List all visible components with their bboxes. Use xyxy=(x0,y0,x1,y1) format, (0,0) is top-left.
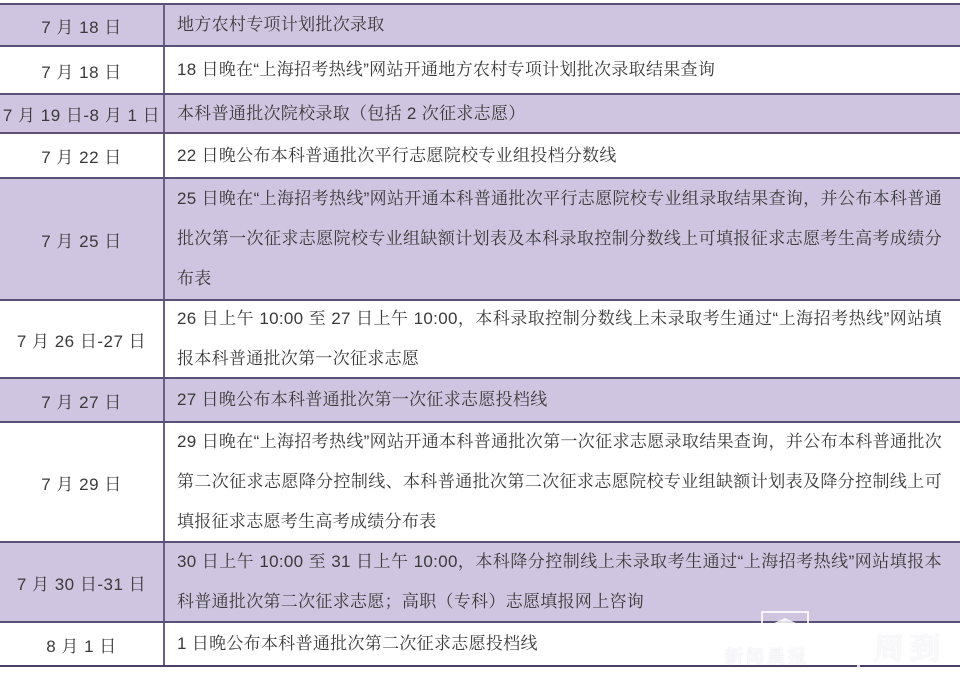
date-text: 7 月 30 日-31 日 xyxy=(17,570,146,595)
date-text: 7 月 18 日 xyxy=(41,13,122,38)
date-cell: 7 月 27 日 xyxy=(0,379,165,421)
content-cell: 25 日晚在“上海招考热线”网站开通本科普通批次平行志愿院校专业组录取结果查询，… xyxy=(165,179,960,299)
date-cell: 7 月 18 日 xyxy=(0,47,165,93)
date-cell: 7 月 18 日 xyxy=(0,5,165,45)
table-row: 7 月 22 日 22 日晚公布本科普通批次平行志愿院校专业组投档分数线 xyxy=(0,132,960,177)
date-text: 7 月 25 日 xyxy=(41,227,122,252)
table-row: 7 月 27 日 27 日晚公布本科普通批次第一次征求志愿投档线 xyxy=(0,377,960,421)
date-cell: 7 月 26 日-27 日 xyxy=(0,301,165,377)
content-text: 29 日晚在“上海招考热线”网站开通本科普通批次第一次征求志愿录取结果查询，并公… xyxy=(177,422,942,542)
content-cell: 本科普通批次院校录取（包括 2 次征求志愿） xyxy=(165,95,960,132)
content-text: 地方农村专项计划批次录取 xyxy=(177,5,942,45)
table-row: 7 月 29 日 29 日晚在“上海招考热线”网站开通本科普通批次第一次征求志愿… xyxy=(0,421,960,541)
content-cell: 26 日上午 10:00 至 27 日上午 10:00，本科录取控制分数线上未录… xyxy=(165,301,960,377)
date-text: 7 月 29 日 xyxy=(41,470,122,495)
date-text: 7 月 18 日 xyxy=(41,58,122,83)
date-cell: 7 月 29 日 xyxy=(0,423,165,541)
content-cell: 30 日上午 10:00 至 31 日上午 10:00，本科降分控制线上未录取考… xyxy=(165,543,960,621)
date-text: 7 月 27 日 xyxy=(41,388,122,413)
table-row: 7 月 18 日 地方农村专项计划批次录取 xyxy=(0,3,960,45)
content-text: 18 日晚在“上海招考热线”网站开通地方农村专项计划批次录取结果查询 xyxy=(177,50,942,90)
content-text: 1 日晚公布本科普通批次第二次征求志愿投档线 xyxy=(177,624,942,664)
content-cell: 地方农村专项计划批次录取 xyxy=(165,5,960,45)
table-row: 7 月 30 日-31 日 30 日上午 10:00 至 31 日上午 10:0… xyxy=(0,541,960,621)
date-cell: 7 月 25 日 xyxy=(0,179,165,299)
date-text: 8 月 1 日 xyxy=(46,632,117,657)
content-cell: 22 日晚公布本科普通批次平行志愿院校专业组投档分数线 xyxy=(165,134,960,177)
content-cell: 18 日晚在“上海招考热线”网站开通地方农村专项计划批次录取结果查询 xyxy=(165,47,960,93)
content-text: 30 日上午 10:00 至 31 日上午 10:00，本科降分控制线上未录取考… xyxy=(177,542,942,622)
date-text: 7 月 19 日-8 月 1 日 xyxy=(3,101,160,126)
date-cell: 8 月 1 日 xyxy=(0,623,165,665)
content-text: 25 日晚在“上海招考热线”网站开通本科普通批次平行志愿院校专业组录取结果查询，… xyxy=(177,179,942,299)
content-text: 27 日晚公布本科普通批次第一次征求志愿投档线 xyxy=(177,380,942,420)
date-cell: 7 月 22 日 xyxy=(0,134,165,177)
content-text: 22 日晚公布本科普通批次平行志愿院校专业组投档分数线 xyxy=(177,136,942,176)
content-cell: 29 日晚在“上海招考热线”网站开通本科普通批次第一次征求志愿录取结果查询，并公… xyxy=(165,423,960,541)
table-row: 8 月 1 日 1 日晚公布本科普通批次第二次征求志愿投档线 xyxy=(0,621,960,665)
table-row: 7 月 25 日 25 日晚在“上海招考热线”网站开通本科普通批次平行志愿院校专… xyxy=(0,177,960,299)
content-cell: 1 日晚公布本科普通批次第二次征求志愿投档线 xyxy=(165,623,960,665)
date-cell: 7 月 30 日-31 日 xyxy=(0,543,165,621)
content-text: 26 日上午 10:00 至 27 日上午 10:00，本科录取控制分数线上未录… xyxy=(177,299,942,379)
table-row: 7 月 26 日-27 日 26 日上午 10:00 至 27 日上午 10:0… xyxy=(0,299,960,377)
content-cell: 27 日晚公布本科普通批次第一次征求志愿投档线 xyxy=(165,379,960,421)
table-row: 7 月 18 日 18 日晚在“上海招考热线”网站开通地方农村专项计划批次录取结… xyxy=(0,45,960,93)
date-text: 7 月 22 日 xyxy=(41,143,122,168)
content-text: 本科普通批次院校录取（包括 2 次征求志愿） xyxy=(177,94,942,134)
page-root: { "table": { "columns": { "date": "日期", … xyxy=(0,0,960,679)
date-text: 7 月 26 日-27 日 xyxy=(17,327,146,352)
admission-schedule-table: 7 月 18 日 地方农村专项计划批次录取 7 月 18 日 18 日晚在“上海… xyxy=(0,3,960,667)
table-row: 7 月 19 日-8 月 1 日 本科普通批次院校录取（包括 2 次征求志愿） xyxy=(0,93,960,132)
date-cell: 7 月 19 日-8 月 1 日 xyxy=(0,95,165,132)
